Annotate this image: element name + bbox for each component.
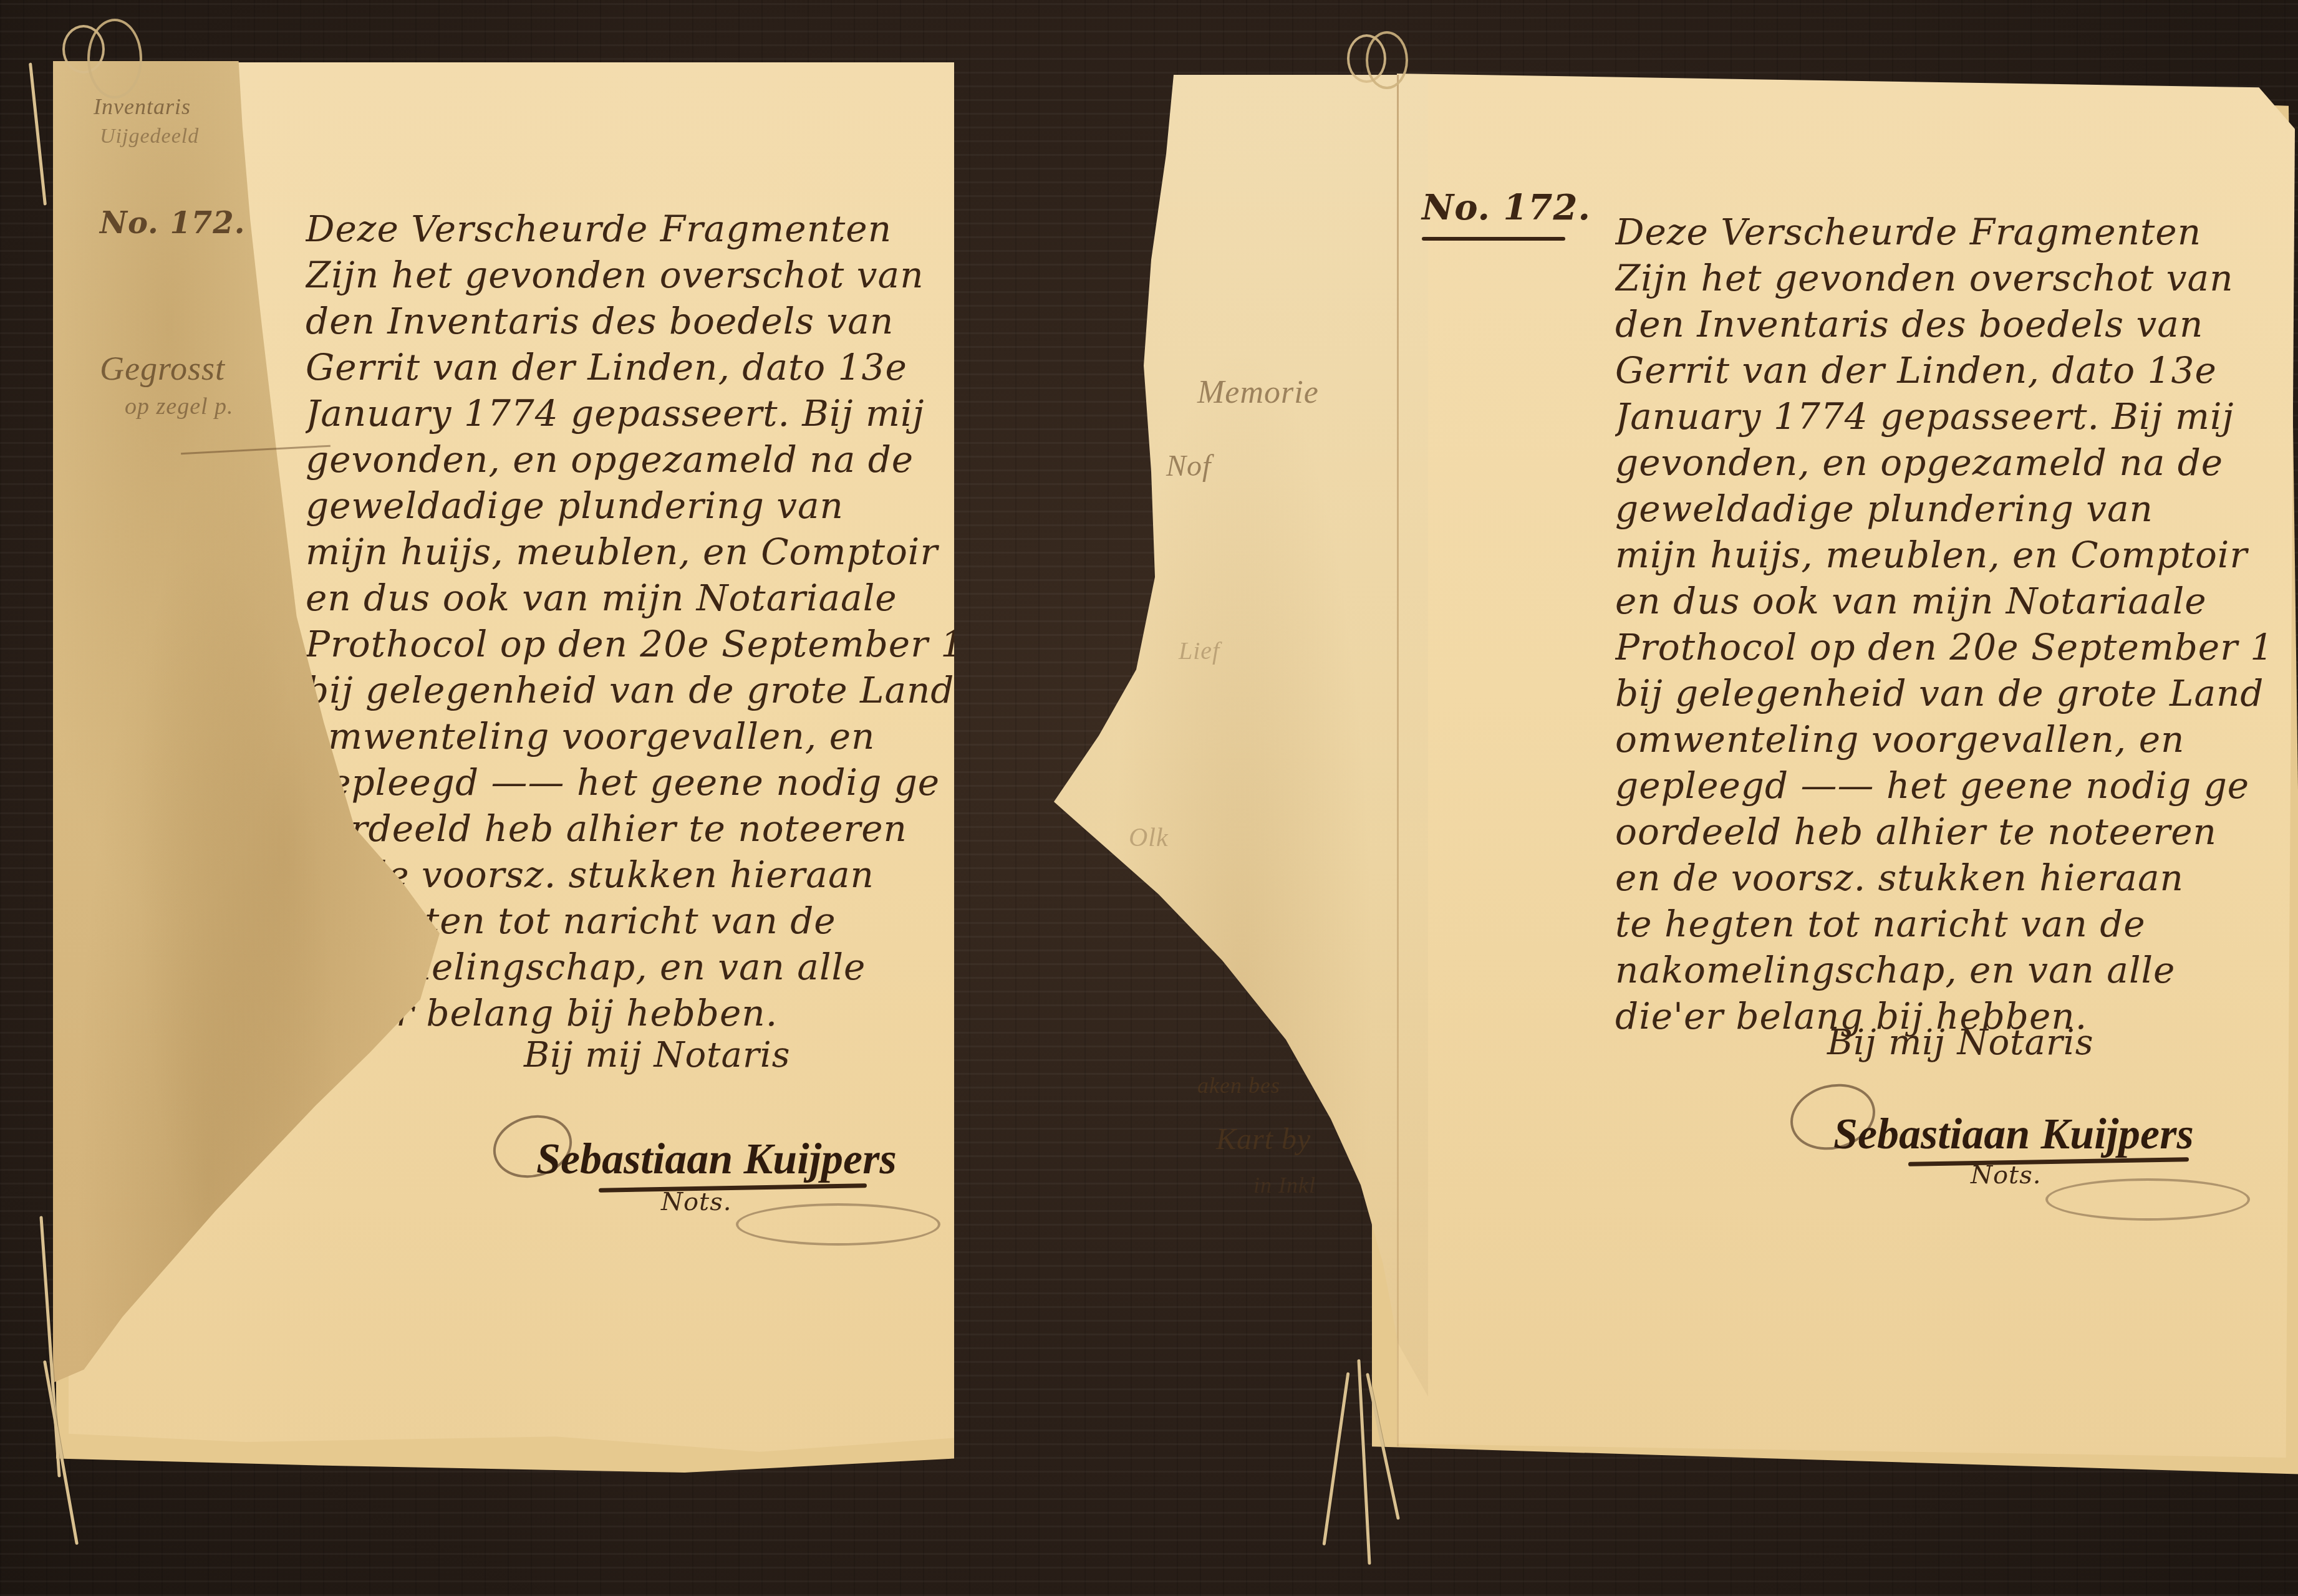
body-line: Zijn het gevonden overschot van	[306, 252, 924, 298]
signature-paraph	[736, 1203, 940, 1246]
signature-title: Nots.	[1971, 1161, 2041, 1190]
body-line: en dus ook van mijn Notariaale	[306, 575, 897, 621]
body-line: omwenteling voorgevallen, en	[1615, 716, 2185, 762]
binding-string-loop	[87, 19, 142, 99]
flap-note-zegel: op zegel p.	[125, 393, 234, 420]
body-line: mijn huijs, meublen, en Comptoir	[306, 529, 938, 575]
body-line: den Inventaris des boedels van	[1615, 301, 2203, 347]
binding-string	[29, 62, 47, 205]
signature: Sebastiaan Kuijpers	[536, 1135, 897, 1185]
right-document: Memorie Nof Lief Olk aken bes Kart by in…	[998, 0, 2298, 1596]
side-note: Lief	[1179, 636, 1220, 665]
body-line: nakomelingschap, en van alle	[1615, 947, 2175, 993]
body-line: Deze Verscheurde Fragmenten	[306, 206, 892, 252]
left-document: Deze Verscheurde Fragmenten Zijn het gev…	[0, 0, 998, 1596]
side-note: aken bes	[1197, 1072, 1280, 1098]
side-note: Olk	[1129, 823, 1169, 853]
binding-string-loop	[1366, 31, 1408, 89]
right-torn-side-flap	[1054, 75, 1428, 1396]
body-line: omwenteling voorgevallen, en	[306, 713, 875, 759]
flap-label-2: Uijgedeeld	[100, 125, 199, 148]
signature-title: Nots.	[661, 1188, 731, 1216]
body-line: gepleegd —— het geene nodig ge	[1615, 762, 2249, 809]
document-number-underline	[1422, 237, 1565, 241]
side-note: in Inkl	[1253, 1172, 1316, 1198]
body-line: gepleegd —— het geene nodig ge	[306, 759, 940, 805]
signature: Sebastiaan Kuijpers	[1833, 1110, 2194, 1160]
body-line: Zijn het gevonden overschot van	[1615, 255, 2233, 301]
body-line: te hegten tot naricht van de	[1615, 901, 2146, 947]
body-line: gevonden, en opgezameld na de	[306, 436, 914, 483]
closing-text: Bij mij Notaris	[524, 1035, 790, 1075]
side-note: Kart by	[1216, 1122, 1311, 1156]
body-line: Prothocol op den 20e September 1795	[306, 621, 954, 667]
body-line: January 1774 gepasseert. Bij mij	[306, 390, 924, 436]
signature-paraph	[2045, 1178, 2250, 1221]
side-note: Memorie	[1197, 374, 1319, 411]
body-line: en dus ook van mijn Notariaale	[1615, 578, 2207, 624]
body-line: den Inventaris des boedels van	[306, 298, 894, 344]
body-line: en de voorsz. stukken hieraan	[1615, 855, 2184, 901]
right-body-text: Deze Verscheurde Fragmenten Zijn het gev…	[1615, 209, 2276, 1038]
body-line: geweldadige plundering van	[1615, 486, 2153, 532]
body-line: Deze Verscheurde Fragmenten	[1615, 209, 2201, 255]
body-line: bij gelegenheid van de grote Land	[306, 667, 954, 713]
side-note: Nof	[1166, 449, 1211, 483]
body-line: bij gelegenheid van de grote Land	[1615, 670, 2264, 716]
body-line: Gerrit van der Linden, dato 13e	[1615, 347, 2217, 393]
binding-string	[1323, 1372, 1350, 1546]
body-line: January 1774 gepasseert. Bij mij	[1615, 393, 2234, 440]
body-line: oordeeld heb alhier te noteeren	[1615, 809, 2217, 855]
closing-text: Bij mij Notaris	[1827, 1022, 2093, 1063]
right-fold-line	[1397, 75, 1399, 1446]
body-line: oordeeld heb alhier te noteeren	[306, 805, 907, 852]
flap-note-gegrosst: Gegrosst	[100, 349, 225, 388]
flap-number: No. 172.	[100, 206, 245, 241]
body-line: Gerrit van der Linden, dato 13e	[306, 344, 907, 390]
body-line: gevonden, en opgezameld na de	[1615, 440, 2223, 486]
body-line: mijn huijs, meublen, en Comptoir	[1615, 532, 2247, 578]
document-number: No. 172.	[1422, 187, 1591, 228]
body-line: geweldadige plundering van	[306, 483, 844, 529]
body-line: Prothocol op den 20e September 1795	[1615, 624, 2276, 670]
